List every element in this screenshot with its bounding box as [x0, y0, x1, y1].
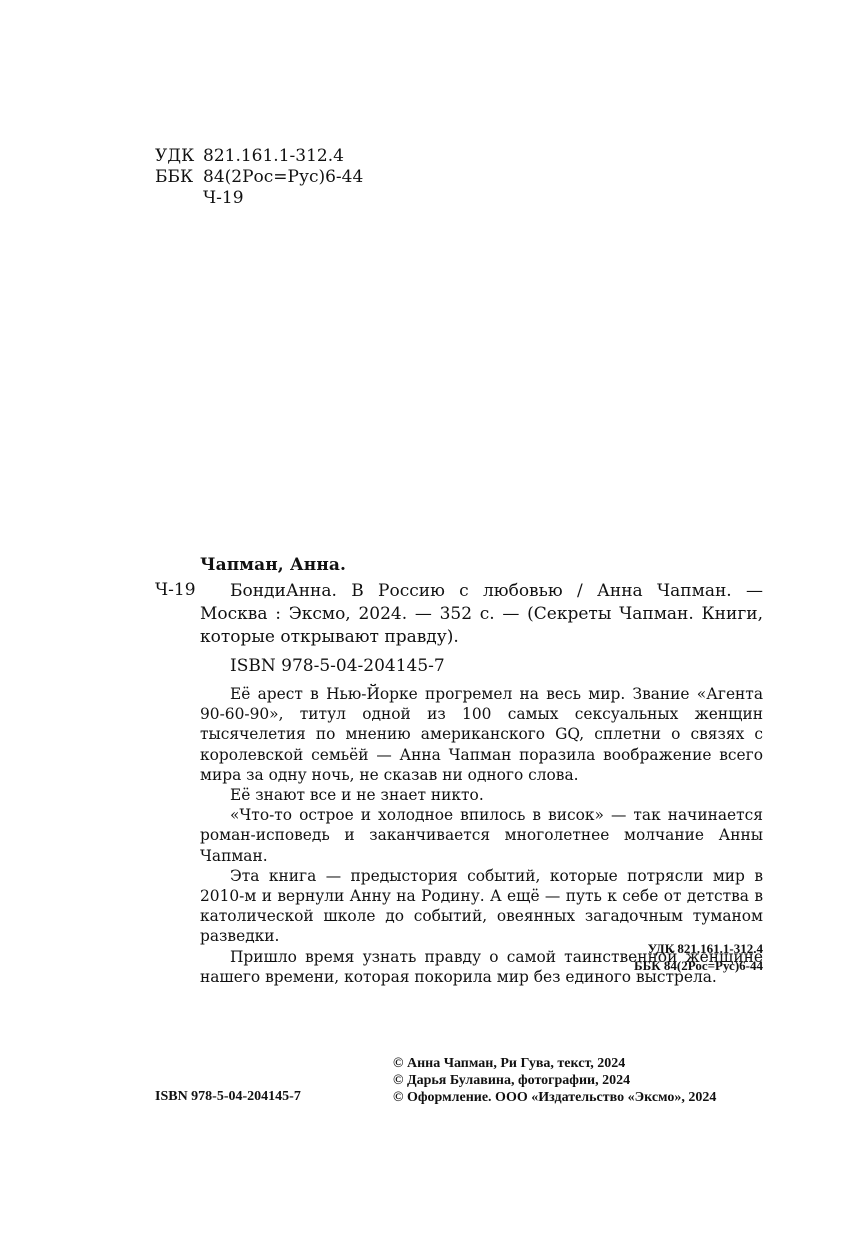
copyright-block: © Анна Чапман, Ри Гува, текст, 2024 © Да…: [393, 1055, 716, 1106]
udk-value: 821.161.1-312.4: [203, 146, 344, 167]
udk-row: УДК 821.161.1-312.4: [155, 146, 415, 167]
author-sign-value: Ч-19: [203, 188, 244, 209]
copyright-line: © Дарья Булавина, фотографии, 2024: [393, 1072, 716, 1089]
isbn-record: ISBN 978-5-04-204145-7: [230, 656, 445, 676]
author-sign-row: Ч-19: [155, 188, 415, 209]
bbk-code: ББК 84(2Рос=Рус)6-44: [600, 957, 763, 974]
bbk-label: ББК: [155, 167, 193, 188]
bbk-row: ББК 84(2Рос=Рус)6-44: [155, 167, 415, 188]
annotation-paragraph: Её знают все и не знает никто.: [200, 785, 763, 805]
classification-block-top: УДК 821.161.1-312.4 ББК 84(2Рос=Рус)6-44…: [155, 146, 415, 216]
annotation-paragraph: Её арест в Нью-Йорке прогремел на весь м…: [200, 684, 763, 785]
author-code: Ч-19: [155, 580, 196, 600]
description-text: БондиАнна. В Россию с любовью / Анна Чап…: [200, 580, 763, 649]
udk-code: УДК 821.161.1-312.4: [600, 940, 763, 957]
udk-label: УДК: [155, 146, 194, 167]
bbk-value: 84(2Рос=Рус)6-44: [203, 167, 363, 188]
copyright-line: © Оформление. ООО «Издательство «Эксмо»,…: [393, 1089, 716, 1106]
bibliographic-description: БондиАнна. В Россию с любовью / Анна Чап…: [200, 580, 763, 649]
isbn-footer: ISBN 978-5-04-204145-7: [155, 1089, 301, 1105]
copyright-line: © Анна Чапман, Ри Гува, текст, 2024: [393, 1055, 716, 1072]
classification-block-bottom: УДК 821.161.1-312.4 ББК 84(2Рос=Рус)6-44: [600, 940, 763, 974]
annotation-paragraph: Эта книга — предыстория событий, которые…: [200, 866, 763, 947]
author-heading: Чапман, Анна.: [200, 555, 346, 575]
annotation-paragraph: «Что-то острое и холодное впилось в висо…: [200, 805, 763, 866]
